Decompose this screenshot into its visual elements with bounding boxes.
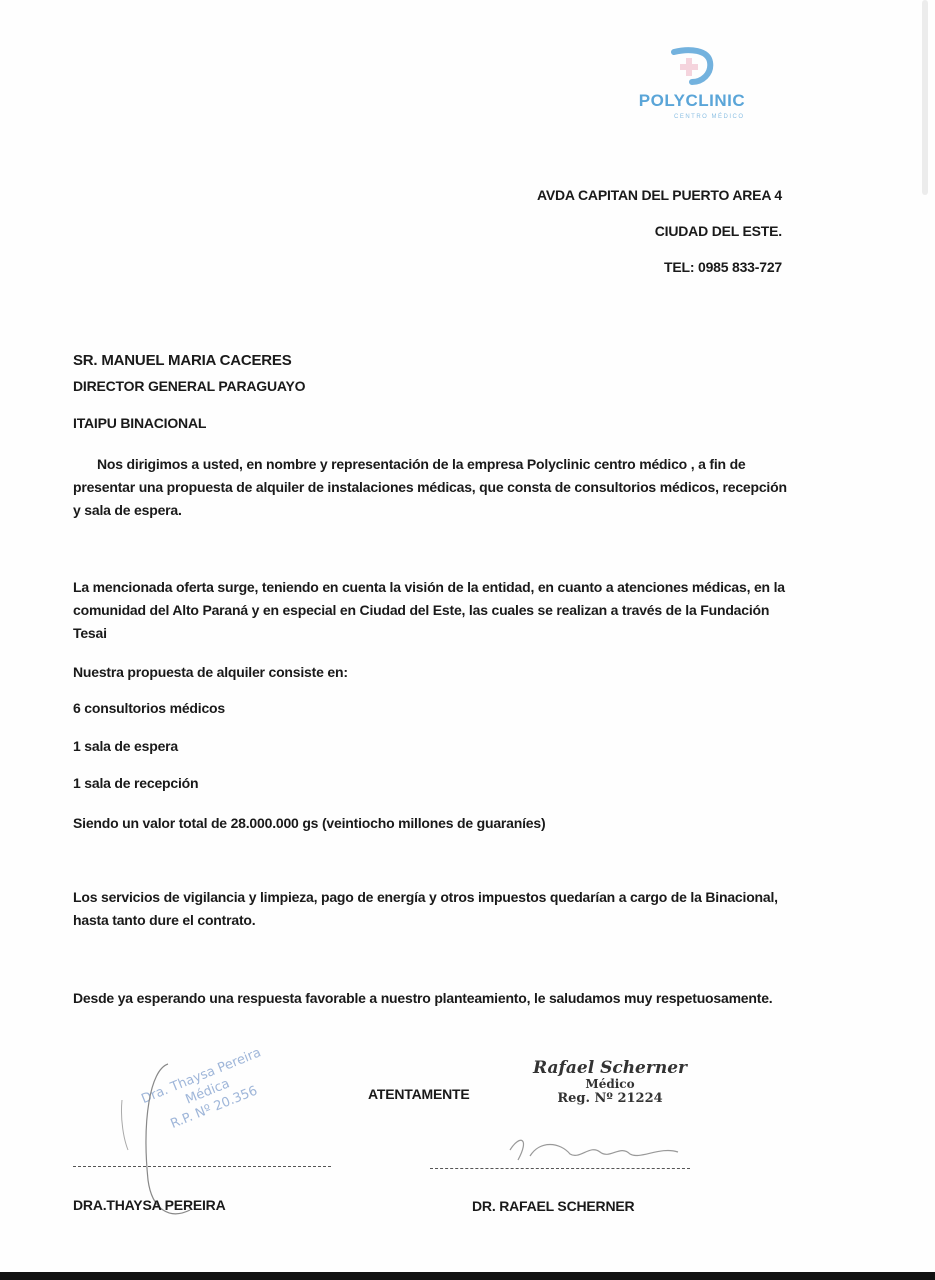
intro-paragraph: Nos dirigimos a usted, en nombre y repre…	[73, 453, 793, 522]
address-line-1: AVDA CAPITAN DEL PUERTO AREA 4	[537, 187, 782, 203]
left-signatory-name: DRA.THAYSA PEREIRA	[73, 1197, 226, 1213]
brand-name: POLYCLINIC	[612, 91, 772, 111]
right-signatory-name: DR. RAFAEL SCHERNER	[472, 1198, 634, 1214]
recipient-title: DIRECTOR GENERAL PARAGUAYO	[73, 378, 305, 394]
proposal-heading: Nuestra propuesta de alquiler consiste e…	[73, 664, 348, 680]
scrollbar[interactable]	[922, 0, 928, 195]
brand-subtitle: CENTRO MÉDICO	[674, 114, 745, 120]
recipient-name: SR. MANUEL MARIA CACERES	[73, 352, 292, 369]
proposal-item: 6 consultorios médicos	[73, 700, 225, 716]
letterhead-logo: POLYCLINIC CENTRO MÉDICO	[612, 44, 772, 124]
signature-line	[430, 1168, 690, 1169]
proposal-item: 1 sala de recepción	[73, 775, 198, 791]
letter-page: POLYCLINIC CENTRO MÉDICO AVDA CAPITAN DE…	[0, 0, 935, 1272]
polyclinic-logo-icon	[670, 46, 714, 86]
services-paragraph: Los servicios de vigilancia y limpieza, …	[73, 886, 793, 932]
context-paragraph: La mencionada oferta surge, teniendo en …	[73, 576, 793, 645]
address-line-2: CIUDAD DEL ESTE.	[655, 223, 782, 239]
stamp-name: Rafael Scherner	[530, 1058, 690, 1078]
proposal-item: 1 sala de espera	[73, 738, 178, 754]
stamp-registration: Reg. Nº 21224	[530, 1091, 690, 1106]
recipient-organization: ITAIPU BINACIONAL	[73, 415, 206, 431]
total-value: Siendo un valor total de 28.000.000 gs (…	[73, 815, 545, 831]
signature-line	[73, 1166, 331, 1167]
phone-number: TEL: 0985 833-727	[664, 259, 782, 275]
right-doctor-stamp: Rafael Scherner Médico Reg. Nº 21224	[530, 1058, 690, 1106]
stamp-title: Médico	[530, 1077, 690, 1091]
bottom-bar	[0, 1272, 935, 1280]
right-handwritten-signature	[500, 1130, 690, 1170]
salutation: ATENTAMENTE	[368, 1086, 470, 1102]
closing-paragraph: Desde ya esperando una respuesta favorab…	[73, 987, 793, 1010]
